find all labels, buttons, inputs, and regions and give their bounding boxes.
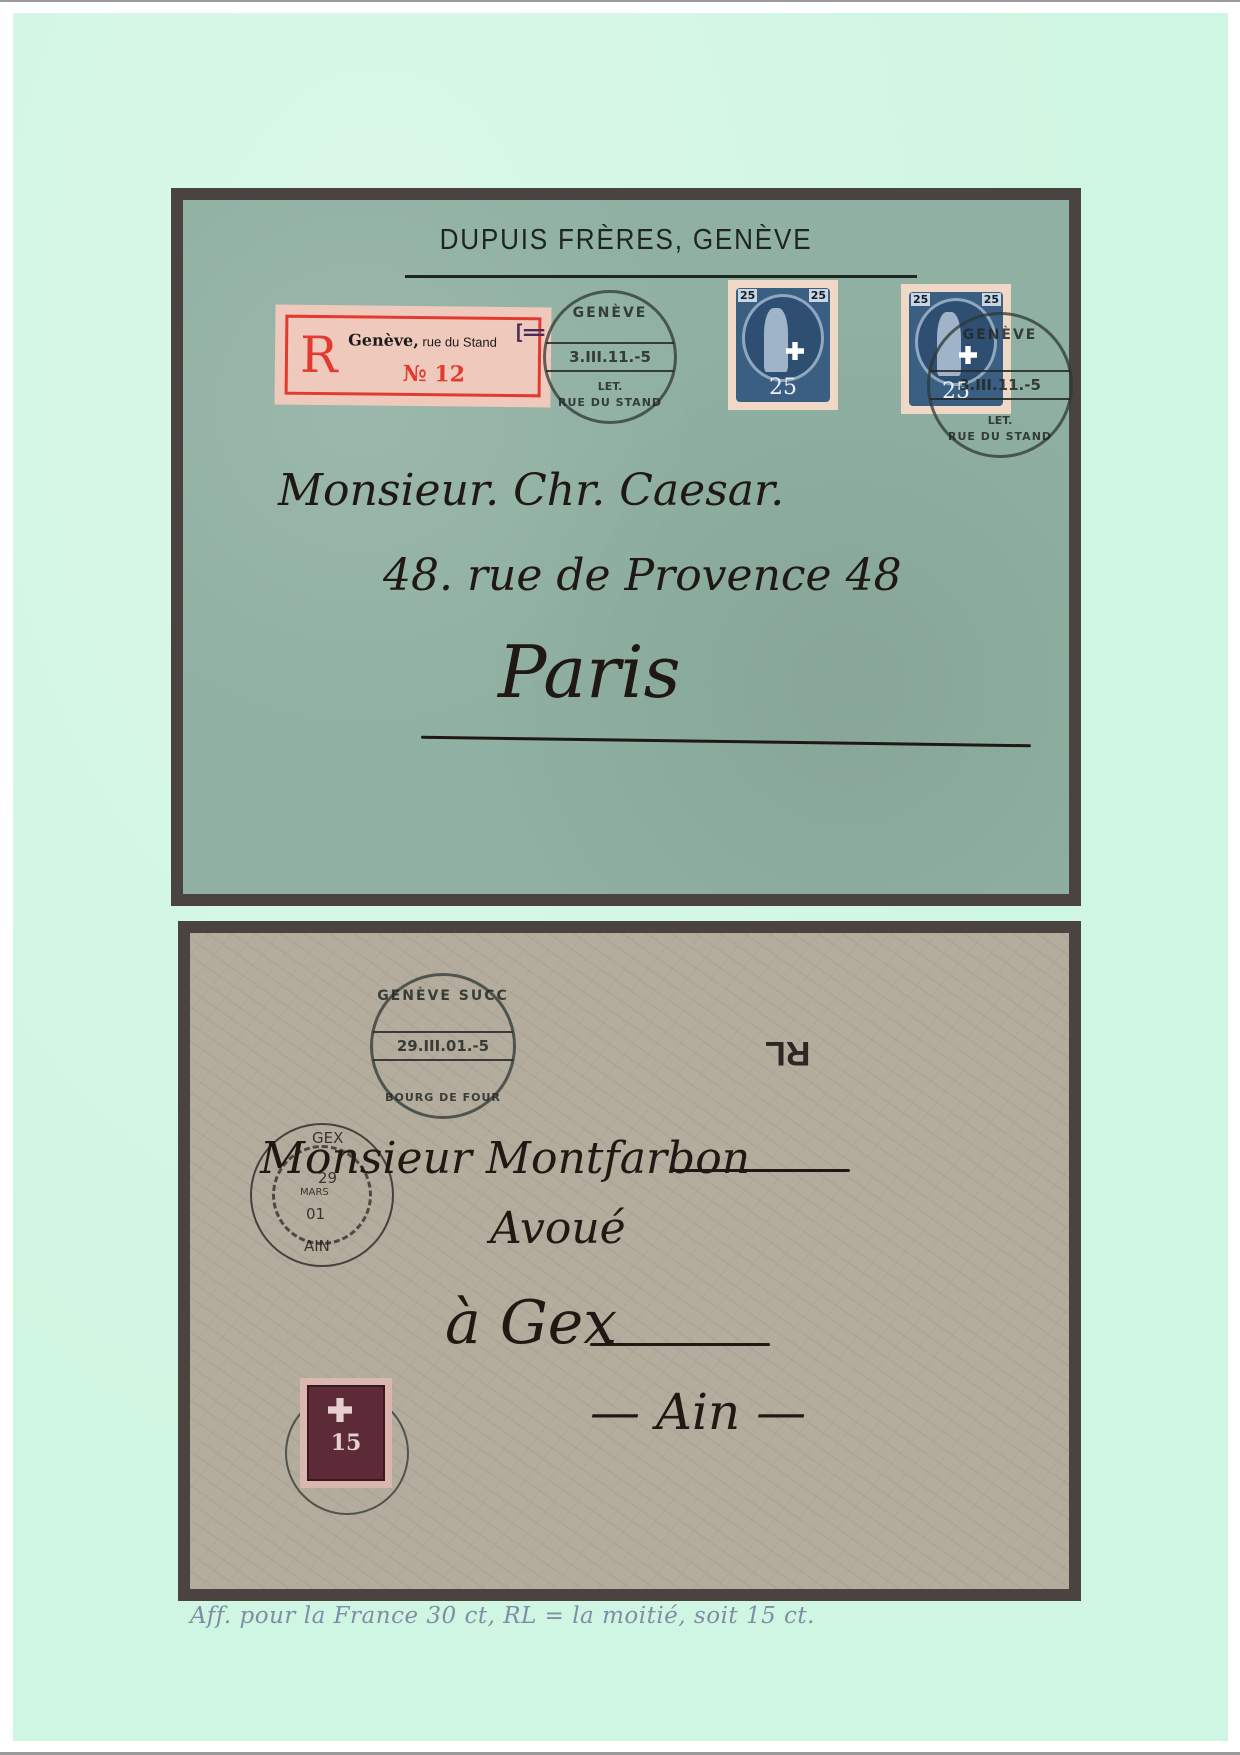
address-underline <box>421 736 1031 748</box>
postmark-town: GENÈVE <box>930 327 1070 343</box>
postmark-town: GENÈVE SUCC <box>373 988 513 1004</box>
postmark-sub: LET. <box>546 380 674 393</box>
stamp-corner-value: 25 <box>809 289 828 302</box>
registration-office-street: rue du Stand <box>422 334 497 350</box>
postmark-office: RUE DU STAND <box>546 396 674 409</box>
cover-1-envelope: DUPUIS FRÈRES, GENÈVE R Genève, rue du S… <box>183 200 1069 894</box>
postmark-office: RUE DU STAND <box>930 430 1070 443</box>
registration-office-city: Genève, <box>348 330 419 350</box>
registration-label-border: R Genève, rue du Stand № 12 <box>285 315 542 398</box>
cover-2-mount: GENÈVE SUCC 29.III.01.-5 BOURG DE FOUR R… <box>178 921 1081 1601</box>
postmark-geneve-1: GENÈVE 3.III.11.-5 LET. RUE DU STAND <box>543 290 677 424</box>
address-underline-1 <box>670 1169 850 1172</box>
postmark-geneve-2: GENÈVE 3.III.11.-5 LET. RUE DU STAND <box>927 312 1073 458</box>
stamp-25c-1: 25 25 25 <box>728 280 838 410</box>
registration-office: Genève, rue du Stand <box>348 330 497 351</box>
address-line-4: — Ain — <box>590 1383 806 1441</box>
stamp-value: 25 <box>728 375 838 400</box>
registration-number: № 12 <box>403 361 465 388</box>
postmark-office: BOURG DE FOUR <box>373 1091 513 1104</box>
album-page: DUPUIS FRÈRES, GENÈVE R Genève, rue du S… <box>13 13 1228 1741</box>
page-annotation: Aff. pour la France 30 ct, RL = la moiti… <box>190 1603 815 1629</box>
registration-label: R Genève, rue du Stand № 12 <box>274 305 551 408</box>
address-line-2: 48. rue de Provence 48 <box>383 550 902 601</box>
address-line-3: Paris <box>498 630 681 714</box>
stamp-corner-value: 25 <box>911 293 930 306</box>
postmark-date: 3.III.11.-5 <box>546 342 674 372</box>
letterhead: DUPUIS FRÈRES, GENÈVE <box>227 224 1024 257</box>
stamp-corner-value: 25 <box>982 293 1001 306</box>
rl-marking: RL <box>765 1033 810 1072</box>
postmark-town: GENÈVE <box>546 305 674 321</box>
violet-cancel-mark: [== <box>513 320 543 344</box>
postmark-date: 3.III.11.-5 <box>930 370 1070 400</box>
postmark-month: MARS <box>300 1187 329 1198</box>
address-line-1: Monsieur Montfarbon <box>260 1133 750 1184</box>
stamp-value: 15 <box>300 1430 392 1456</box>
stamp-15c: 15 <box>300 1378 392 1488</box>
postmark-sub: LET. <box>930 414 1070 427</box>
address-line-2: Avoué <box>490 1203 626 1254</box>
helvetia-figure-icon <box>764 308 788 372</box>
cover-2-envelope: GENÈVE SUCC 29.III.01.-5 BOURG DE FOUR R… <box>190 933 1069 1589</box>
address-line-3: à Gex <box>445 1288 617 1358</box>
address-underline-2 <box>590 1343 770 1346</box>
registration-letter: R <box>300 330 338 380</box>
stamp-corner-value: 25 <box>738 289 757 302</box>
postmark-geneve-succ: GENÈVE SUCC 29.III.01.-5 BOURG DE FOUR <box>370 973 516 1119</box>
postmark-year: 01 <box>306 1205 325 1223</box>
postmark-date: 29.III.01.-5 <box>373 1031 513 1061</box>
address-line-1: Monsieur. Chr. Caesar. <box>278 465 784 516</box>
scan-edge-top <box>0 0 1240 2</box>
cover-1-mount: DUPUIS FRÈRES, GENÈVE R Genève, rue du S… <box>171 188 1081 906</box>
postmark-department: AIN <box>304 1237 330 1255</box>
letterhead-rule <box>405 275 917 278</box>
